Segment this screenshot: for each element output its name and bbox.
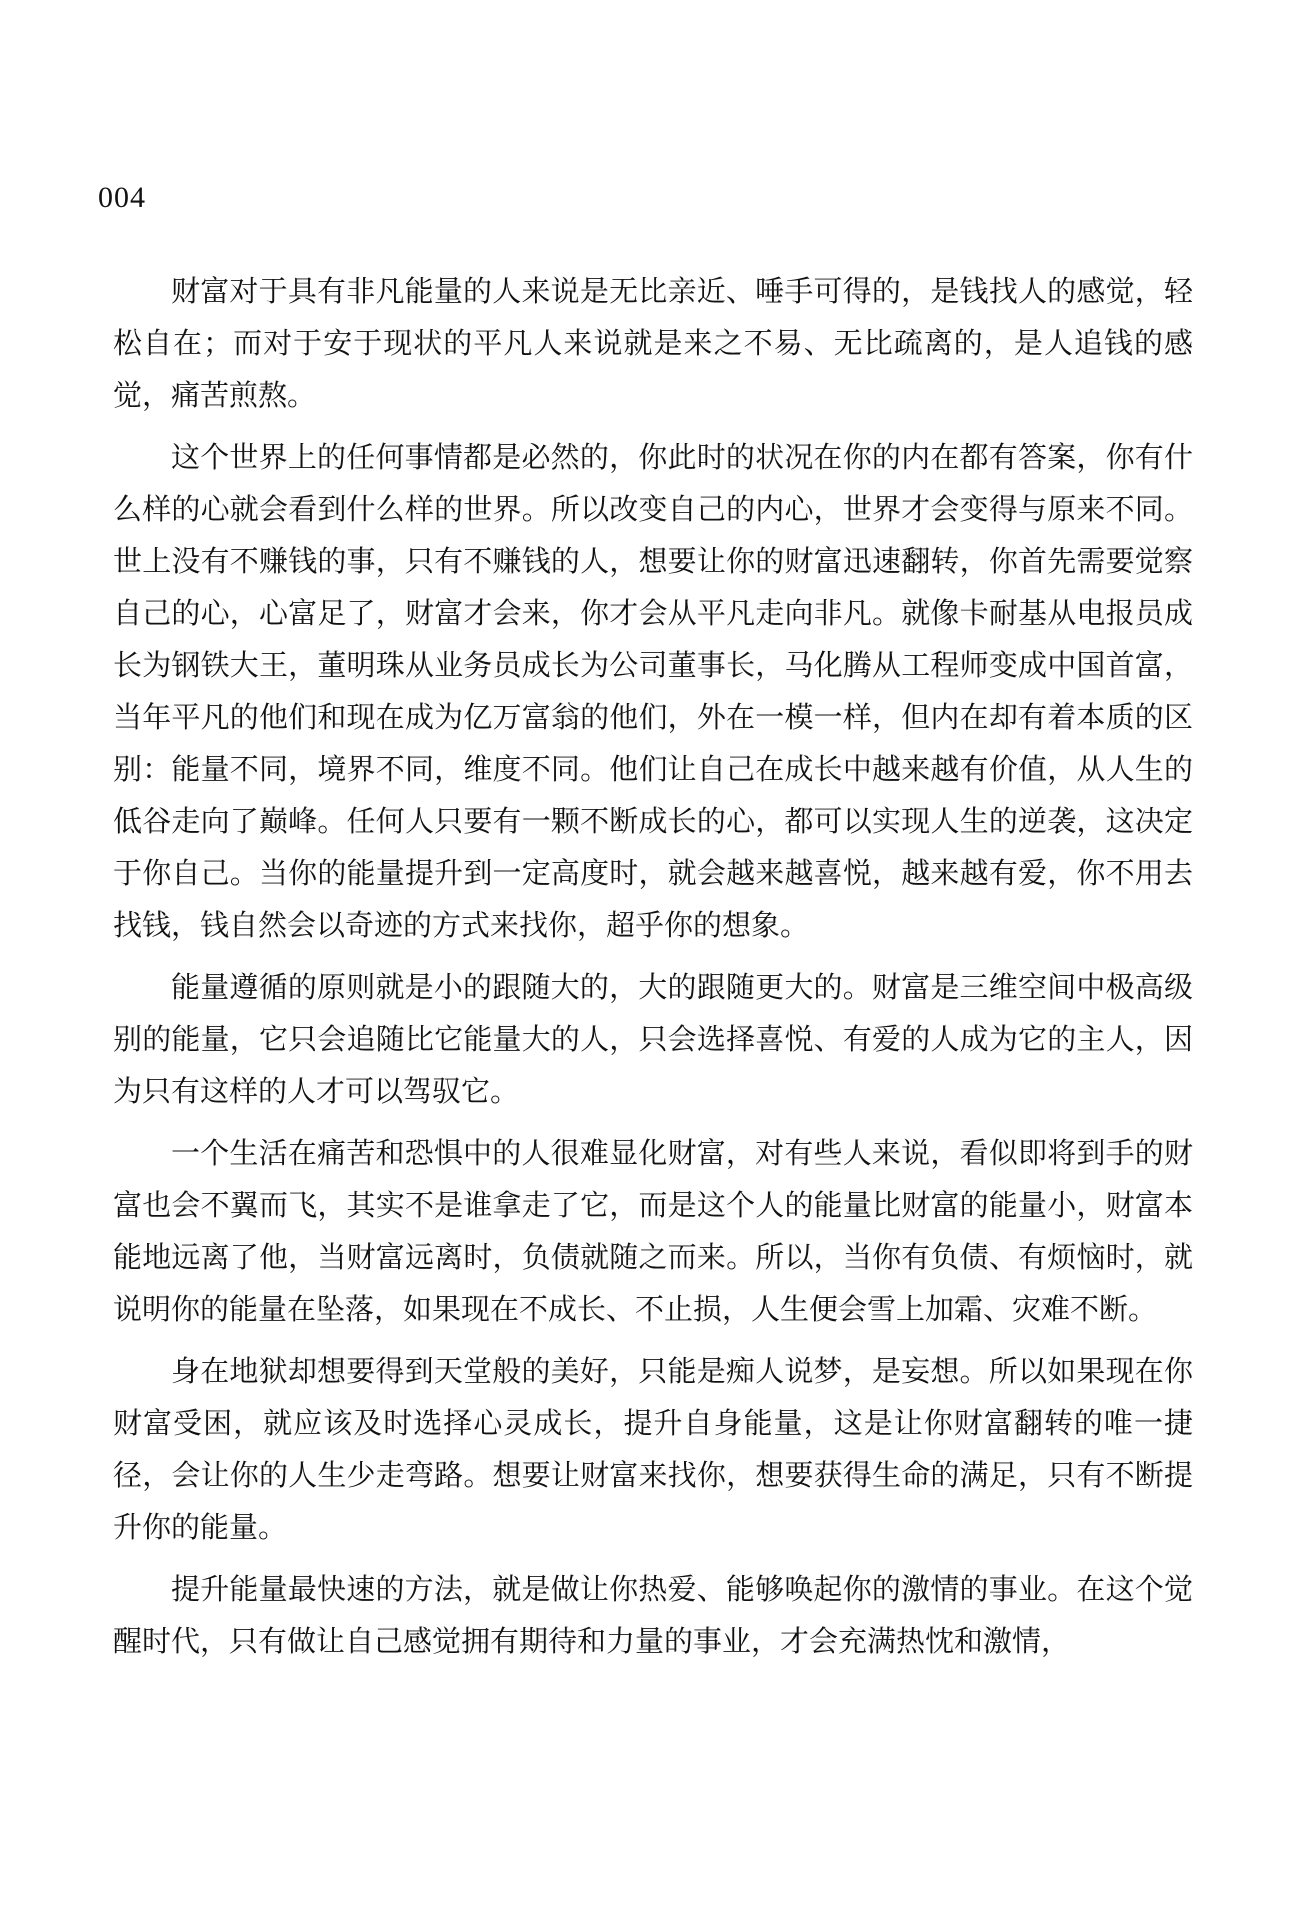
paragraph: 身在地狱却想要得到天堂般的美好，只能是痴人说梦，是妄想。所以如果现在你财富受困，… xyxy=(113,1346,1193,1554)
paragraph: 财富对于具有非凡能量的人来说是无比亲近、唾手可得的，是钱找人的感觉，轻松自在；而… xyxy=(113,266,1193,422)
document-page: 004 财富对于具有非凡能量的人来说是无比亲近、唾手可得的，是钱找人的感觉，轻松… xyxy=(0,0,1306,1910)
paragraph: 这个世界上的任何事情都是必然的，你此时的状况在你的内在都有答案，你有什么样的心就… xyxy=(113,432,1193,952)
page-number: 004 xyxy=(98,182,146,214)
paragraph: 一个生活在痛苦和恐惧中的人很难显化财富，对有些人来说，看似即将到手的财富也会不翼… xyxy=(113,1128,1193,1336)
paragraph: 提升能量最快速的方法，就是做让你热爱、能够唤起你的激情的事业。在这个觉醒时代，只… xyxy=(113,1564,1193,1668)
body-text: 财富对于具有非凡能量的人来说是无比亲近、唾手可得的，是钱找人的感觉，轻松自在；而… xyxy=(113,266,1193,1668)
paragraph: 能量遵循的原则就是小的跟随大的，大的跟随更大的。财富是三维空间中极高级别的能量，… xyxy=(113,962,1193,1118)
